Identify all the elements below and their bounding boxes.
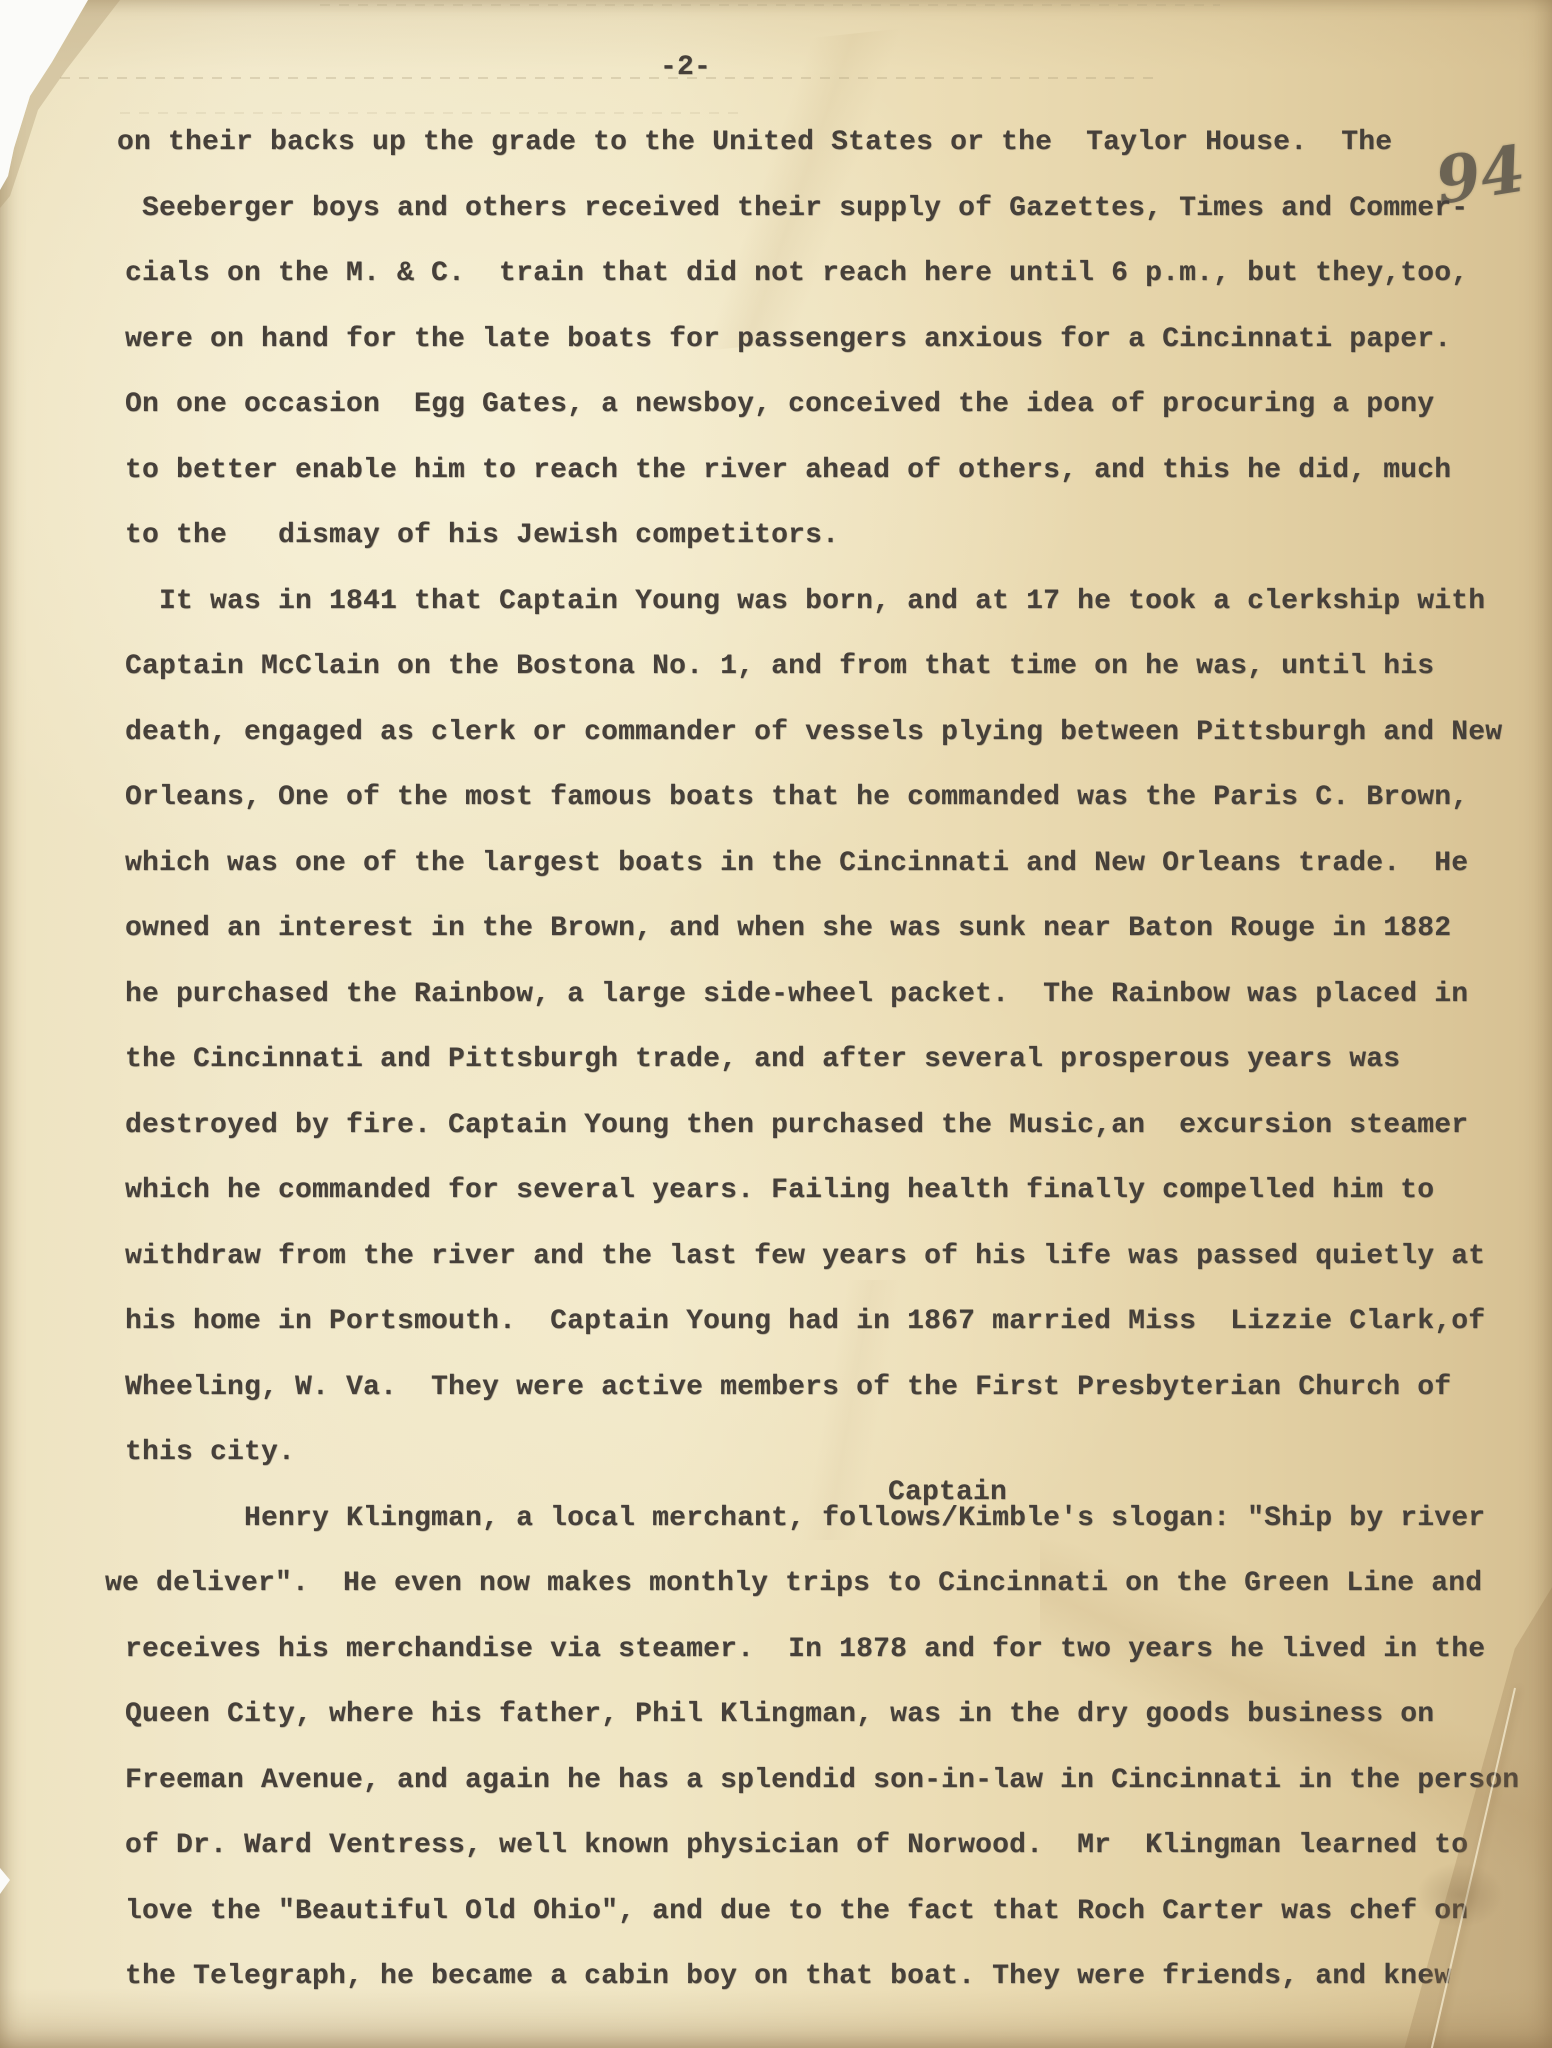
- typed-line: Wheeling, W. Va. They were active member…: [125, 1355, 1545, 1421]
- typed-line: he purchased the Rainbow, a large side-w…: [125, 962, 1545, 1028]
- typed-line: which he commanded for several years. Fa…: [125, 1158, 1545, 1224]
- typed-line: It was in 1841 that Captain Young was bo…: [125, 569, 1545, 635]
- typed-line: love the "Beautiful Old Ohio", and due t…: [125, 1879, 1545, 1945]
- typed-line: destroyed by fire. Captain Young then pu…: [125, 1093, 1545, 1159]
- typed-line: Seeberger boys and others received their…: [125, 176, 1545, 242]
- typed-line: on their backs up the grade to the Unite…: [117, 110, 1545, 176]
- torn-edge-nick: [0, 1868, 14, 1898]
- typed-line: of Dr. Ward Ventress, well known physici…: [125, 1813, 1545, 1879]
- typed-line: cials on the M. & C. train that did not …: [125, 241, 1545, 307]
- typed-line: his home in Portsmouth. Captain Young ha…: [125, 1289, 1545, 1355]
- typed-line: to better enable him to reach the river …: [125, 438, 1545, 504]
- typed-line: we deliver". He even now makes monthly t…: [105, 1551, 1545, 1617]
- typed-line: Henry Klingman, a local merchant, follow…: [125, 1486, 1545, 1552]
- typed-line: On one occasion Egg Gates, a newsboy, co…: [125, 372, 1545, 438]
- typed-line: the Cincinnati and Pittsburgh trade, and…: [125, 1027, 1545, 1093]
- typed-line: Freeman Avenue, and again he has a splen…: [125, 1748, 1545, 1814]
- typed-line: the Telegraph, he became a cabin boy on …: [125, 1944, 1545, 2010]
- typed-line: Orleans, One of the most famous boats th…: [125, 765, 1545, 831]
- typed-line: receives his merchandise via steamer. In…: [125, 1617, 1545, 1683]
- typed-line: Queen City, where his father, Phil Kling…: [125, 1682, 1545, 1748]
- paper-sheet: -2- 94 on their backs up the grade to th…: [0, 0, 1552, 2048]
- faint-ruled-line: [60, 77, 1160, 79]
- typed-line: to the dismay of his Jewish competitors.: [125, 503, 1545, 569]
- faint-ruled-line: [320, 4, 1220, 6]
- typed-insertion-word: Captain: [888, 1477, 1007, 1508]
- page-number: -2-: [660, 52, 711, 83]
- typed-line: were on hand for the late boats for pass…: [125, 307, 1545, 373]
- typed-line: owned an interest in the Brown, and when…: [125, 896, 1545, 962]
- typed-line: death, engaged as clerk or commander of …: [125, 700, 1545, 766]
- typed-line: Captain McClain on the Bostona No. 1, an…: [125, 634, 1545, 700]
- typed-line: which was one of the largest boats in th…: [125, 831, 1545, 897]
- scanned-document: { "page": { "page_number": "-2-", "handw…: [0, 0, 1552, 2048]
- typed-line: this city.: [125, 1420, 1545, 1486]
- typed-text-body: on their backs up the grade to the Unite…: [125, 110, 1545, 2010]
- typed-line: withdraw from the river and the last few…: [125, 1224, 1545, 1290]
